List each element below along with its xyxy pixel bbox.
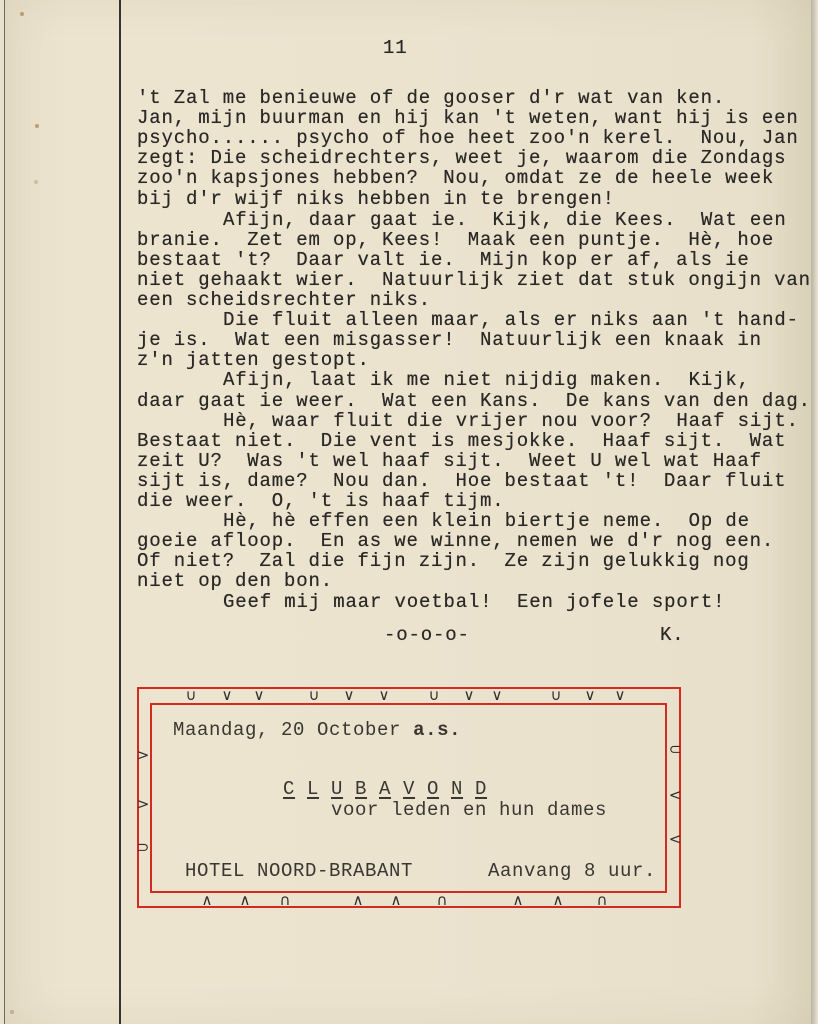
text-line: Hè, hè effen een klein biertje neme. Op … <box>223 511 750 531</box>
announcement-time: Aanvang 8 uur. <box>488 861 656 881</box>
signature: K. <box>660 625 685 645</box>
text-line: zegt: Die scheidrechters, weet je, waaro… <box>137 148 786 168</box>
text-line: Afijn, laat ik me niet nijdig maken. Kij… <box>223 370 750 390</box>
margin-rule <box>119 0 121 1024</box>
ornament-glyph: ∧ <box>351 893 365 908</box>
title-letter: O <box>427 779 451 799</box>
text-line: z'n jatten gestopt. <box>137 350 370 370</box>
ornament-glyph: ∧ <box>238 893 252 908</box>
title-letter: C <box>283 779 307 799</box>
page-number: 11 <box>383 38 408 58</box>
text-line: Jan, mijn buurman en hij kan 't weten, w… <box>137 108 799 128</box>
ornament-glyph: ∨ <box>462 688 476 703</box>
ornament-glyph: ∨ <box>220 688 234 703</box>
text-line: zeit U? Was 't wel haaf sijt. Weet U wel… <box>137 451 762 471</box>
ornament-glyph: ∪ <box>184 688 198 703</box>
paper-spot <box>35 124 39 128</box>
text-line: die weer. O, 't is haaf tijm. <box>137 491 505 511</box>
ornament-glyph: ∨ <box>252 688 266 703</box>
ornament-glyph: ∧ <box>200 893 214 908</box>
text-line: psycho...... psycho of hoe heet zoo'n ke… <box>137 128 799 148</box>
title-letter: D <box>475 779 499 799</box>
title-letter: L <box>307 779 331 799</box>
text-line: 't Zal me benieuwe of de gooser d'r wat … <box>137 88 725 108</box>
text-line: branie. Zet em op, Kees! Maak een puntje… <box>137 230 774 250</box>
ornament-glyph: ∨ <box>342 688 356 703</box>
paper-spot <box>34 180 38 184</box>
ornament-glyph: ∨ <box>490 688 504 703</box>
announcement-title: CLUBAVOND <box>283 779 499 799</box>
paper-spot <box>20 12 24 16</box>
text-line: Die fluit alleen maar, als er niks aan '… <box>223 310 799 330</box>
date-text: Maandag, 20 October <box>173 719 401 741</box>
announcement-date: Maandag, 20 October a.s. <box>173 720 461 740</box>
text-line: zoo'n kapsjones hebben? Nou, omdat ze de… <box>137 168 774 188</box>
ornament-glyph: ∪ <box>427 688 441 703</box>
date-suffix: a.s. <box>413 719 461 741</box>
text-line: Hè, waar fluit die vrijer nou voor? Haaf… <box>223 411 799 431</box>
ornament-glyph: ∨ <box>377 688 391 703</box>
text-line: bij d'r wijf niks hebben in te brengen! <box>137 189 615 209</box>
ornament-glyph: ∧ <box>511 893 525 908</box>
text-line: sijt is, dame? Nou dan. Hoe bestaat 't! … <box>137 471 786 491</box>
title-letter: U <box>331 779 355 799</box>
text-line: bestaat 't? Daar valt ie. Mijn kop er af… <box>137 250 750 270</box>
text-line: Geef mij maar voetbal! Een jofele sport! <box>223 592 725 612</box>
text-line: niet op den bon. <box>137 571 333 591</box>
ornament-glyph: ∩ <box>278 893 292 908</box>
title-letter: B <box>355 779 379 799</box>
announcement-venue: HOTEL NOORD-BRABANT <box>185 861 413 881</box>
ornament-glyph: ∨ <box>583 688 597 703</box>
ornament-glyph: ⊃ <box>136 840 150 855</box>
title-letter: V <box>403 779 427 799</box>
text-line: Bestaat niet. Die vent is mesjokke. Haaf… <box>137 431 786 451</box>
paper-spot <box>10 1010 14 1014</box>
ornament-glyph: ∩ <box>595 893 609 908</box>
ornament-glyph: ⊂ <box>668 742 682 757</box>
text-line: daar gaat ie weer. Wat een Kans. De kans… <box>137 391 811 411</box>
text-line: een scheidsrechter niks. <box>137 290 431 310</box>
ornament-glyph: < <box>668 788 682 803</box>
ornament-glyph: ∪ <box>307 688 321 703</box>
text-line: je is. Wat een misgasser! Natuurlijk een… <box>137 330 762 350</box>
title-letter: A <box>379 779 403 799</box>
ornament-glyph: > <box>136 748 150 763</box>
ornament-glyph: ∨ <box>613 688 627 703</box>
ornament-glyph: > <box>136 797 150 812</box>
announcement-subtitle: voor leden en hun dames <box>331 800 607 820</box>
page-edge <box>811 0 818 1024</box>
text-line: goeie afloop. En as we winne, nemen we d… <box>137 531 774 551</box>
ornament-glyph: ∩ <box>435 893 449 908</box>
ornament-glyph: ∧ <box>551 893 565 908</box>
text-line: Of niet? Zal die fijn zijn. Ze zijn gelu… <box>137 551 750 571</box>
text-line: niet gehaakt wier. Natuurlijk ziet dat s… <box>137 270 811 290</box>
ornament-glyph: < <box>668 832 682 847</box>
ornament-glyph: ∪ <box>549 688 563 703</box>
text-line: Afijn, daar gaat ie. Kijk, die Kees. Wat… <box>223 210 787 230</box>
separator: -o-o-o- <box>384 625 470 645</box>
title-letter: N <box>451 779 475 799</box>
ornament-glyph: ∧ <box>389 893 403 908</box>
